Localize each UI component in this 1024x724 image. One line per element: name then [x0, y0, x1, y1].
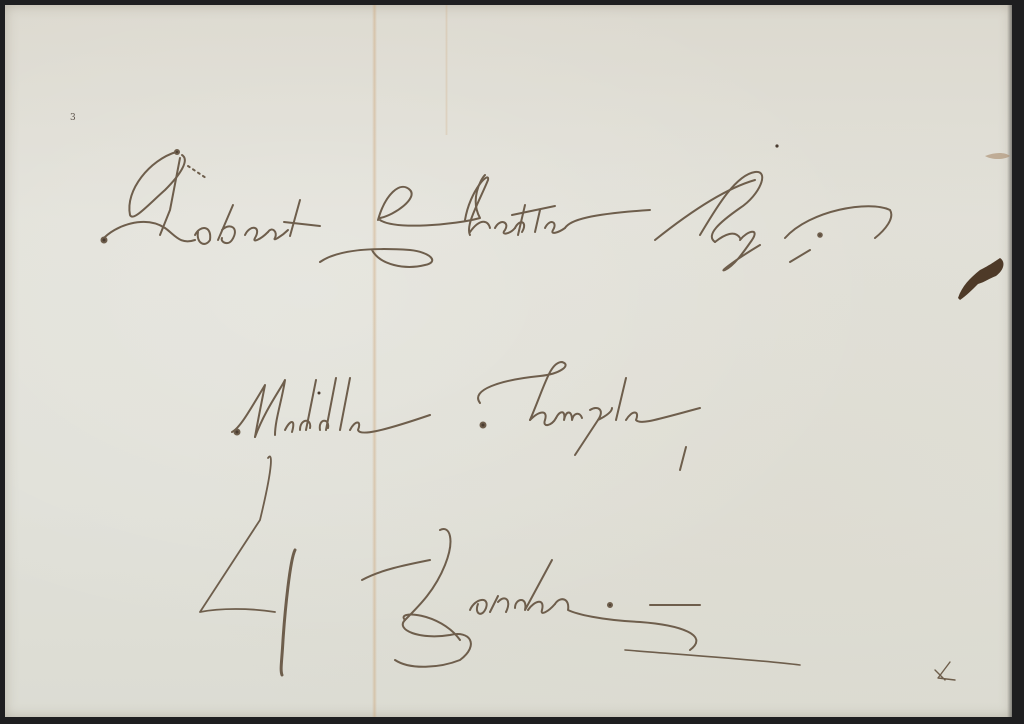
manuscript-x-mark — [935, 662, 955, 680]
script-robert — [102, 150, 321, 244]
postage-rate-4 — [200, 456, 295, 675]
script-temple — [478, 362, 700, 470]
script-esqr — [655, 144, 891, 270]
script-middle — [232, 378, 430, 437]
pencil-mark: 3 — [70, 113, 76, 123]
ink-blot — [958, 258, 1003, 300]
stain — [985, 153, 1010, 159]
script-london — [362, 529, 800, 667]
script-chester — [320, 175, 650, 267]
handwriting-layer: 3 — [0, 0, 1024, 724]
